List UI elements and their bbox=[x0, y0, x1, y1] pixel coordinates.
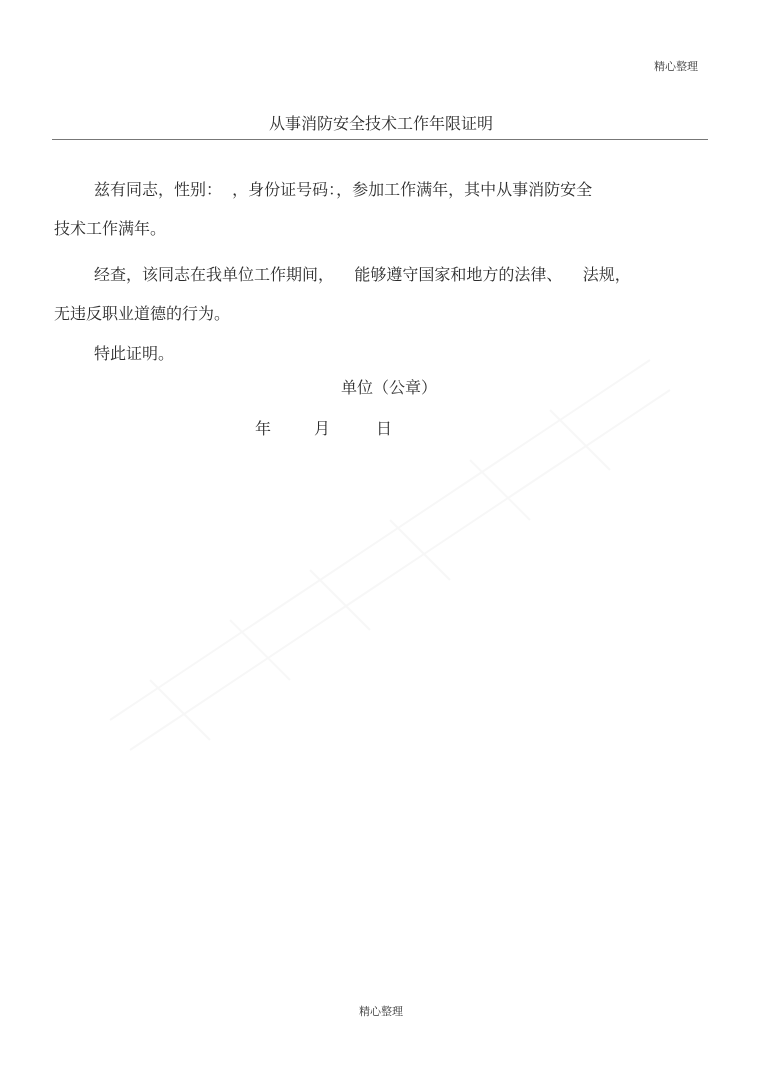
footer-note: 精心整理 bbox=[0, 1003, 762, 1019]
header-note: 精心整理 bbox=[654, 58, 698, 74]
date-day: 日 bbox=[376, 416, 392, 439]
paragraph1-line1: 兹有同志，性别： ，身份证号码：，参加工作满年，其中从事消防安全 bbox=[94, 177, 592, 200]
date-month: 月 bbox=[314, 416, 330, 439]
paragraph2-line1: 经查，该同志在我单位工作期间， 能够遵守国家和地方的法律、 法规， bbox=[94, 262, 631, 285]
paragraph3: 特此证明。 bbox=[94, 341, 174, 364]
paragraph2-line2: 无违反职业道德的行为。 bbox=[54, 301, 230, 324]
paragraph1-line2: 技术工作满年。 bbox=[54, 216, 166, 239]
document-title: 从事消防安全技术工作年限证明 bbox=[0, 111, 762, 134]
signature-unit: 单位（公章） bbox=[341, 375, 437, 398]
title-divider bbox=[52, 139, 708, 140]
date-year: 年 bbox=[255, 416, 271, 439]
watermark-graphic bbox=[90, 300, 690, 780]
